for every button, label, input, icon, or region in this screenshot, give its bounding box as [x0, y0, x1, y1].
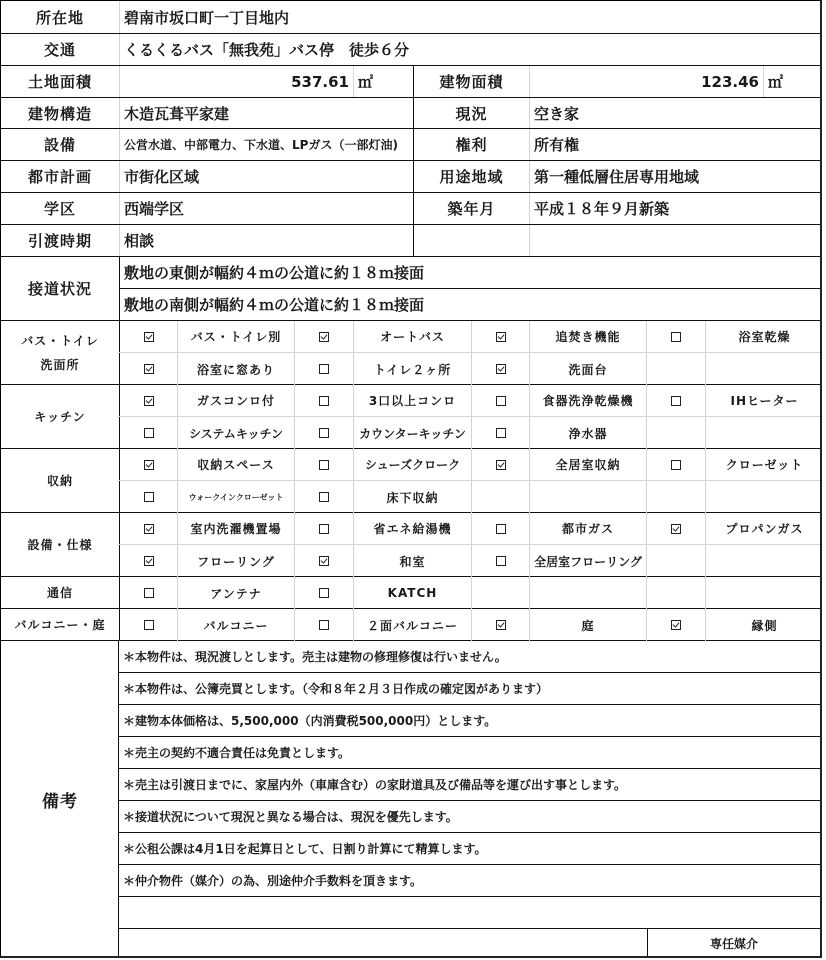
- checkbox-cell: [119, 353, 177, 385]
- feature-group-label: 収納: [1, 449, 119, 512]
- checkbox-unchecked-icon[interactable]: [496, 524, 506, 534]
- checkbox-checked-icon[interactable]: [144, 332, 154, 342]
- feature-label: バルコニー: [177, 609, 294, 641]
- feature-group-label: 設備・仕様: [1, 513, 119, 576]
- checkbox-cell: [471, 417, 529, 449]
- location-label: 所在地: [1, 1, 119, 33]
- checkbox-cell: [471, 545, 529, 577]
- checkbox-cell: [119, 449, 177, 480]
- remark-note: ＊接道状況について現況と異なる場合は、現況を優先します。: [119, 801, 820, 833]
- checkbox-cell: [646, 513, 705, 544]
- checkbox-cell: [646, 385, 705, 416]
- feature-row: システムキッチンカウンターキッチン浄水器: [119, 417, 820, 449]
- checkbox-cell: [471, 449, 529, 480]
- feature-label: 洗面台: [529, 353, 646, 385]
- checkbox-checked-icon[interactable]: [144, 460, 154, 470]
- road-access-east: 敷地の東側が幅約４ｍの公道に約１８ｍ接面: [119, 257, 820, 289]
- school-label: 学区: [1, 193, 119, 224]
- checkbox-cell: [119, 609, 177, 641]
- checkbox-cell: [471, 321, 529, 352]
- checkbox-cell: [471, 577, 529, 609]
- checkbox-checked-icon[interactable]: [144, 524, 154, 534]
- checkbox-cell: [119, 321, 177, 352]
- checkbox-cell: [471, 609, 529, 641]
- feature-label-cell: [529, 481, 646, 513]
- row-city-planning: 都市計画 市街化区域 用途地域 第一種低層住居専用地域: [1, 161, 820, 193]
- checkbox-checked-icon[interactable]: [496, 620, 506, 630]
- built-date-label: 築年月: [413, 193, 529, 224]
- built-date-value: 平成１８年９月新築: [529, 193, 820, 224]
- checkbox-checked-icon[interactable]: [496, 460, 506, 470]
- row-handover: 引渡時期 相談: [1, 225, 820, 257]
- feature-label-cell: [529, 577, 646, 609]
- school-value: 西端学区: [119, 193, 413, 224]
- facilities-value: 公営水道、中部電力、下水道、LPガス（一部灯油): [119, 129, 413, 160]
- feature-label: 縁側: [705, 609, 823, 641]
- checkbox-cell: [471, 385, 529, 416]
- checkbox-checked-icon[interactable]: [671, 524, 681, 534]
- checkbox-cell: [646, 353, 705, 385]
- city-planning-label: 都市計画: [1, 161, 119, 192]
- checkbox-checked-icon[interactable]: [319, 556, 329, 566]
- checkbox-unchecked-icon[interactable]: [144, 620, 154, 630]
- checkbox-checked-icon[interactable]: [496, 332, 506, 342]
- feature-label: IHヒーター: [705, 385, 823, 416]
- building-area-unit: ㎡: [763, 66, 820, 97]
- feature-row: フローリング和室全居室フローリング: [119, 545, 820, 577]
- remarks-label: 備考: [1, 641, 119, 957]
- feature-label: 収納スペース: [177, 449, 294, 480]
- row-facilities: 設備 公営水道、中部電力、下水道、LPガス（一部灯油) 権利 所有権: [1, 129, 820, 161]
- feature-label-cell: [705, 481, 823, 513]
- checkbox-cell: [294, 385, 353, 416]
- remark-note: [119, 897, 820, 929]
- road-access-label: 接道状況: [1, 257, 119, 320]
- feature-label-cell: [705, 417, 823, 449]
- checkbox-cell: [294, 577, 353, 609]
- feature-row: 収納スペースシューズクローク全居室収納クローゼット: [119, 449, 820, 481]
- feature-row: ウォークインクローゼット床下収納: [119, 481, 820, 513]
- checkbox-cell: [294, 353, 353, 385]
- land-area-value: 537.61: [119, 66, 353, 97]
- feature-group: バス・トイレ洗面所バス・トイレ別オートバス追焚き機能浴室乾燥浴室に窓ありトイレ２…: [1, 321, 820, 385]
- checkbox-cell: [646, 609, 705, 641]
- checkbox-cell: [471, 513, 529, 544]
- checkbox-cell: [646, 577, 705, 609]
- checkbox-unchecked-icon[interactable]: [671, 332, 681, 342]
- remark-note: ＊売主の契約不適合責任は免責とします。: [119, 737, 820, 769]
- checkbox-unchecked-icon[interactable]: [319, 460, 329, 470]
- feature-label: フローリング: [177, 545, 294, 577]
- row-structure: 建物構造 木造瓦葺平家建 現況 空き家: [1, 98, 820, 129]
- checkbox-checked-icon[interactable]: [144, 556, 154, 566]
- row-road-access: 接道状況 敷地の東側が幅約４ｍの公道に約１８ｍ接面 敷地の南側が幅約４ｍの公道に…: [1, 257, 820, 321]
- checkbox-cell: [294, 481, 353, 513]
- facilities-label: 設備: [1, 129, 119, 160]
- structure-label: 建物構造: [1, 98, 119, 128]
- feature-label: 和室: [353, 545, 471, 577]
- feature-label: 庭: [529, 609, 646, 641]
- feature-row: ガスコンロ付3口以上コンロ食器洗浄乾燥機IHヒーター: [119, 385, 820, 417]
- rights-label: 権利: [413, 129, 529, 160]
- feature-row: 浴室に窓ありトイレ２ヶ所洗面台: [119, 353, 820, 385]
- feature-row: バルコニー２面バルコニー庭縁側: [119, 609, 820, 641]
- checkbox-cell: [646, 417, 705, 449]
- checkbox-cell: [294, 321, 353, 352]
- status-label: 現況: [413, 98, 529, 128]
- zoning-value: 第一種低層住居専用地域: [529, 161, 820, 192]
- feature-group-label-line: 設備・仕様: [27, 533, 92, 557]
- feature-label: シューズクローク: [353, 449, 471, 480]
- remark-note: ＊売主は引渡日までに、家屋内外（車庫含む）の家財道具及び備品等を運び出す事としま…: [119, 769, 820, 801]
- handover-label: 引渡時期: [1, 225, 119, 256]
- row-location: 所在地 碧南市坂口町一丁目地内: [1, 1, 820, 34]
- feature-row: アンテナKATCH: [119, 577, 820, 609]
- city-planning-value: 市街化区域: [119, 161, 413, 192]
- feature-row: 室内洗濯機置場省エネ給湯機都市ガスプロパンガス: [119, 513, 820, 545]
- checkbox-cell: [294, 417, 353, 449]
- feature-group: 設備・仕様室内洗濯機置場省エネ給湯機都市ガスプロパンガスフローリング和室全居室フ…: [1, 513, 820, 577]
- row-transport: 交通 くるくるバス「無我苑」バス停 徒歩６分: [1, 34, 820, 66]
- feature-label-cell: [705, 545, 823, 577]
- transport-label: 交通: [1, 34, 119, 65]
- feature-label: ガスコンロ付: [177, 385, 294, 416]
- checkbox-unchecked-icon[interactable]: [319, 620, 329, 630]
- building-area-label: 建物面積: [413, 66, 529, 97]
- checkbox-cell: [471, 481, 529, 513]
- feature-group-label-line: バルコニー・庭: [14, 613, 105, 637]
- checkbox-unchecked-icon[interactable]: [319, 524, 329, 534]
- feature-label: 浴室に窓あり: [177, 353, 294, 385]
- feature-label: システムキッチン: [177, 417, 294, 449]
- location-value: 碧南市坂口町一丁目地内: [119, 1, 820, 33]
- handover-value: 相談: [119, 225, 413, 256]
- checkbox-unchecked-icon[interactable]: [144, 492, 154, 502]
- feature-group: キッチンガスコンロ付3口以上コンロ食器洗浄乾燥機IHヒーターシステムキッチンカウ…: [1, 385, 820, 449]
- zoning-label: 用途地域: [413, 161, 529, 192]
- feature-label: プロパンガス: [705, 513, 823, 544]
- remark-footer-row: 専任媒介: [119, 929, 820, 957]
- rights-value: 所有権: [529, 129, 820, 160]
- road-access-south: 敷地の南側が幅約４ｍの公道に約１８ｍ接面: [119, 289, 820, 320]
- feature-group-label: キッチン: [1, 385, 119, 448]
- feature-label: 室内洗濯機置場: [177, 513, 294, 544]
- feature-label: KATCH: [353, 577, 471, 609]
- checkbox-checked-icon[interactable]: [144, 364, 154, 374]
- checkbox-cell: [646, 481, 705, 513]
- checkbox-unchecked-icon[interactable]: [319, 428, 329, 438]
- feature-label: カウンターキッチン: [353, 417, 471, 449]
- feature-label: 全居室フローリング: [529, 545, 646, 577]
- checkbox-checked-icon[interactable]: [671, 620, 681, 630]
- land-area-unit: ㎡: [353, 66, 413, 97]
- feature-group: 収納収納スペースシューズクローク全居室収納クローゼットウォークインクローゼット床…: [1, 449, 820, 513]
- feature-label: バス・トイレ別: [177, 321, 294, 352]
- row-areas: 土地面積 537.61 ㎡ 建物面積 123.46 ㎡: [1, 66, 820, 98]
- land-area-label: 土地面積: [1, 66, 119, 97]
- feature-group-label-line: 通信: [47, 581, 73, 605]
- feature-group-label: 通信: [1, 577, 119, 608]
- feature-group-label-line: キッチン: [34, 405, 85, 429]
- checkbox-cell: [119, 481, 177, 513]
- empty-cell: [413, 225, 529, 256]
- brokerage-type: 専任媒介: [647, 929, 820, 957]
- feature-label: アンテナ: [177, 577, 294, 609]
- feature-label: 3口以上コンロ: [353, 385, 471, 416]
- checkbox-cell: [294, 449, 353, 480]
- feature-group-label: バス・トイレ洗面所: [1, 321, 119, 384]
- feature-row: バス・トイレ別オートバス追焚き機能浴室乾燥: [119, 321, 820, 353]
- remark-note: ＊建物本体価格は、5,500,000（内消費税500,000円）とします。: [119, 705, 820, 737]
- feature-label-cell: [705, 577, 823, 609]
- checkbox-unchecked-icon[interactable]: [144, 588, 154, 598]
- checkbox-checked-icon[interactable]: [496, 364, 506, 374]
- feature-label: 浴室乾燥: [705, 321, 823, 352]
- feature-label: 都市ガス: [529, 513, 646, 544]
- checkbox-cell: [294, 609, 353, 641]
- checkbox-unchecked-icon[interactable]: [496, 428, 506, 438]
- checkbox-cell: [646, 449, 705, 480]
- feature-group-label-line: バス・トイレ: [21, 329, 98, 353]
- checkbox-cell: [294, 513, 353, 544]
- property-info-sheet: 所在地 碧南市坂口町一丁目地内 交通 くるくるバス「無我苑」バス停 徒歩６分 土…: [0, 0, 822, 958]
- structure-value: 木造瓦葺平家建: [119, 98, 413, 128]
- building-area-value: 123.46: [529, 66, 763, 97]
- feature-label: 全居室収納: [529, 449, 646, 480]
- remark-note: ＊本物件は、公簿売買とします。（令和８年２月３日作成の確定図があります）: [119, 673, 820, 705]
- feature-label: 浄水器: [529, 417, 646, 449]
- checkbox-unchecked-icon[interactable]: [496, 556, 506, 566]
- checkbox-unchecked-icon[interactable]: [319, 396, 329, 406]
- empty-cell: [529, 225, 820, 256]
- transport-value: くるくるバス「無我苑」バス停 徒歩６分: [119, 34, 820, 65]
- checkbox-cell: [119, 577, 177, 609]
- checkbox-cell: [119, 417, 177, 449]
- checkbox-unchecked-icon[interactable]: [319, 492, 329, 502]
- feature-label: 床下収納: [353, 481, 471, 513]
- feature-group-label-line: 洗面所: [40, 353, 79, 377]
- feature-label: 省エネ給湯機: [353, 513, 471, 544]
- remark-note: ＊本物件は、現況渡しとします。売主は建物の修理修復は行いません。: [119, 641, 820, 673]
- feature-label: ２面バルコニー: [353, 609, 471, 641]
- checkbox-cell: [646, 321, 705, 352]
- feature-label: オートバス: [353, 321, 471, 352]
- checkbox-cell: [471, 353, 529, 385]
- feature-group: 通信アンテナKATCH: [1, 577, 820, 609]
- feature-group-label: バルコニー・庭: [1, 609, 119, 640]
- checkbox-unchecked-icon[interactable]: [496, 396, 506, 406]
- checkbox-unchecked-icon[interactable]: [671, 396, 681, 406]
- feature-label: クローゼット: [705, 449, 823, 480]
- feature-label: ウォークインクローゼット: [177, 481, 294, 513]
- checkbox-unchecked-icon[interactable]: [319, 364, 329, 374]
- checkbox-unchecked-icon[interactable]: [319, 588, 329, 598]
- feature-label-cell: [705, 353, 823, 385]
- checkbox-unchecked-icon[interactable]: [671, 460, 681, 470]
- checkbox-checked-icon[interactable]: [319, 332, 329, 342]
- checkbox-cell: [119, 385, 177, 416]
- checkbox-cell: [119, 513, 177, 544]
- checkbox-cell: [646, 545, 705, 577]
- checkbox-cell: [119, 545, 177, 577]
- feature-group: バルコニー・庭バルコニー２面バルコニー庭縁側: [1, 609, 820, 641]
- feature-label: トイレ２ヶ所: [353, 353, 471, 385]
- remark-note: ＊仲介物件（媒介）の為、別途仲介手数料を頂きます。: [119, 865, 820, 897]
- row-school: 学区 西端学区 築年月 平成１８年９月新築: [1, 193, 820, 225]
- status-value: 空き家: [529, 98, 820, 128]
- feature-group-label-line: 収納: [47, 469, 73, 493]
- checkbox-unchecked-icon[interactable]: [144, 428, 154, 438]
- remark-note: ＊公租公課は4月1日を起算日として、日割り計算にて精算します。: [119, 833, 820, 865]
- feature-label: 食器洗浄乾燥機: [529, 385, 646, 416]
- checkbox-checked-icon[interactable]: [144, 396, 154, 406]
- feature-label: 追焚き機能: [529, 321, 646, 352]
- checkbox-cell: [294, 545, 353, 577]
